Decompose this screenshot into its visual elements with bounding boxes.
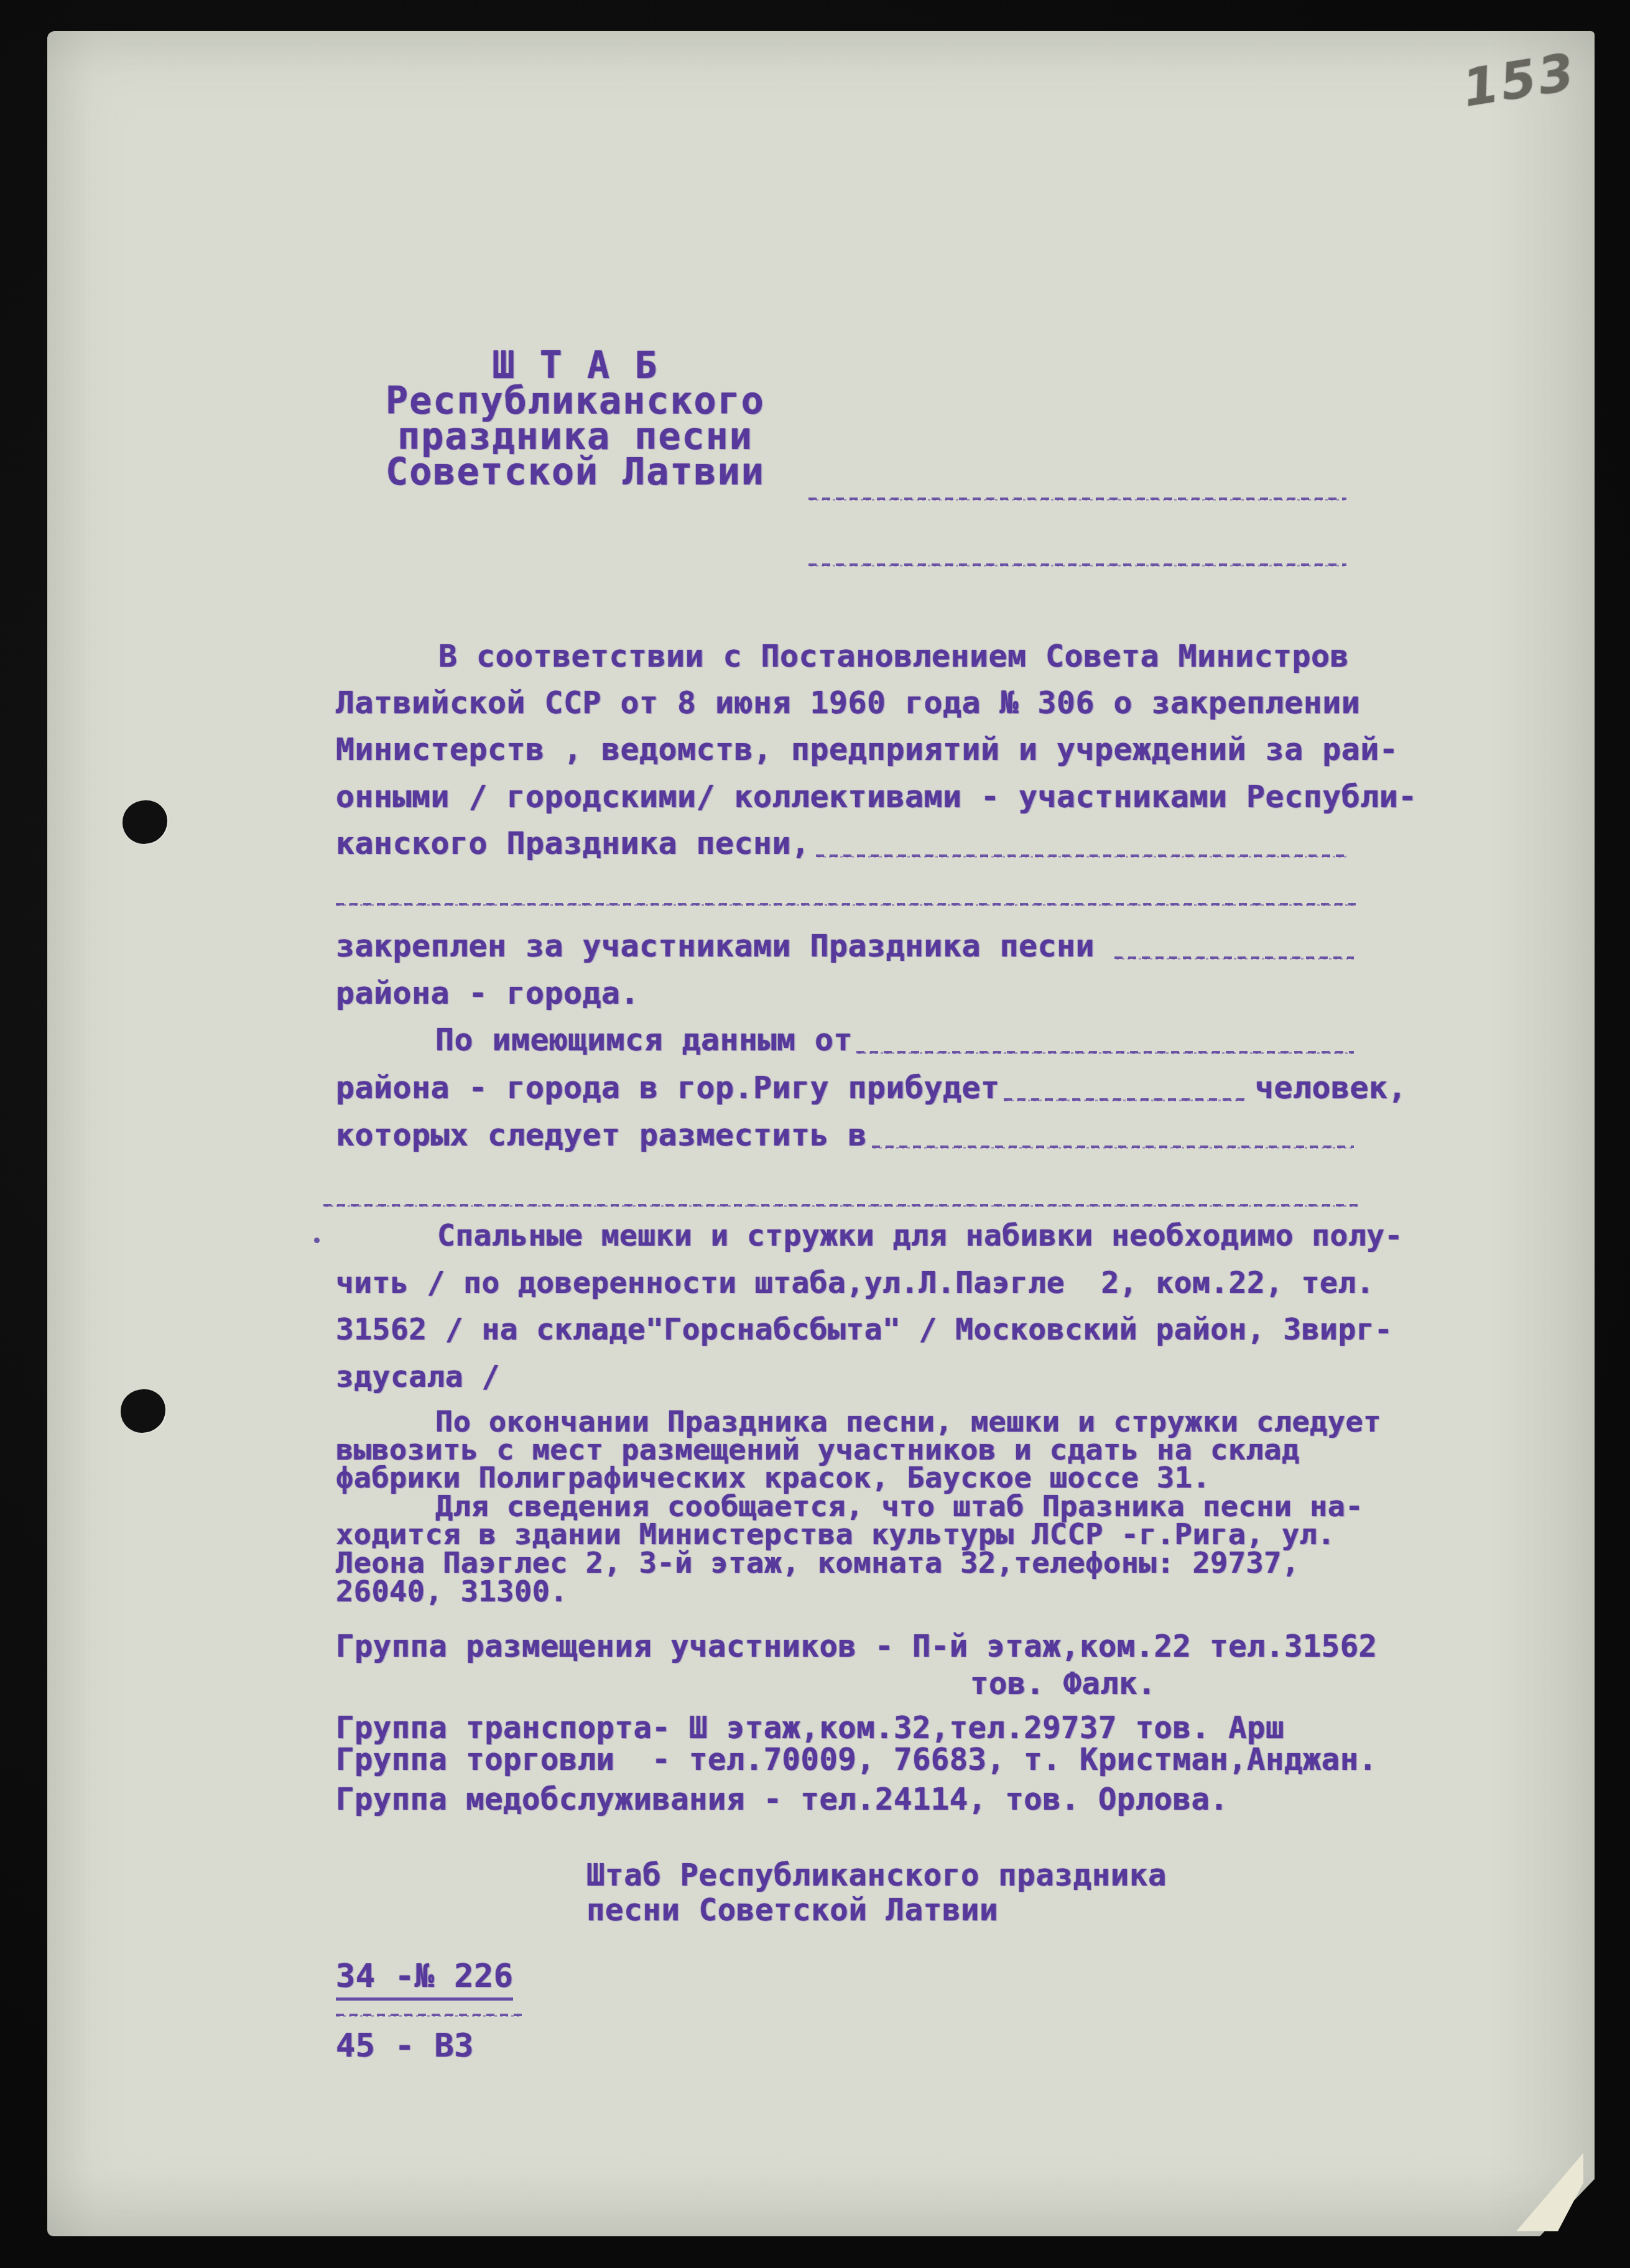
group-medical: Группа медобслуживания - тел.24114, тов.… [336, 1784, 1228, 1817]
para2-line4a: района - города в гор.Ригу прибудет [336, 1071, 1000, 1104]
blank-line-header-2 [808, 563, 1346, 567]
blank-line-district [816, 854, 1348, 858]
para3-line2: чить / по доверенности штаба,ул.Л.Паэгле… [336, 1267, 1374, 1300]
para2-line3: По имеющимся данным от [435, 1023, 853, 1057]
scanned-document-page: 153 Ш Т А Б Республиканского праздника п… [0, 0, 1630, 2268]
blank-line-place [872, 1146, 1354, 1149]
para2-line4b: человек, [1255, 1071, 1407, 1104]
group-accommodation: Группа размещения участников - П-й этаж,… [336, 1631, 1377, 1664]
reference-dashed-underline [336, 2014, 522, 2017]
blank-line-assigned [1114, 956, 1354, 960]
para3-line1: Спальные мешки и стружки для набивки нео… [437, 1220, 1403, 1252]
group-trade: Группа торговли - тел.70009, 76683, т. К… [336, 1744, 1377, 1777]
para4-line7: 26040, 31300. [336, 1576, 568, 1608]
blank-line-header-1 [808, 498, 1346, 501]
letterhead-line-1: Ш Т А Б [342, 348, 808, 384]
blank-line-data-from [856, 1051, 1354, 1055]
group-accommodation-contact: тов. Фалк. [970, 1668, 1156, 1701]
letterhead-line-3: праздника песни [342, 419, 808, 455]
para2-line2: района - города. [336, 976, 639, 1010]
blank-line-full-1 [336, 903, 1356, 907]
signature-line2: песни Советской Латвии [586, 1894, 998, 1927]
reference-number-2: 45 - ВЗ [336, 2029, 474, 2063]
para3-line4: здусала / [336, 1361, 500, 1394]
letterhead: Ш Т А Б Республиканского праздника песни… [342, 348, 808, 490]
blank-line-people-count [1004, 1098, 1246, 1102]
blank-line-full-2 [323, 1204, 1359, 1208]
letterhead-line-4: Советской Латвии [342, 455, 808, 490]
para1-line3: Министерств , ведомств, предприятий и уч… [336, 733, 1398, 766]
para1-line1: В соответствии с Постановлением Совета М… [438, 639, 1349, 673]
para1-line4: онными / городскими/ коллективами - учас… [336, 780, 1417, 813]
stray-ink-dot [314, 1238, 320, 1243]
para2-line1: закреплен за участниками Праздника песни [336, 929, 1095, 963]
para2-line5: которых следует разместить в [336, 1118, 867, 1152]
signature-line1: Штаб Республиканского праздника [586, 1859, 1167, 1892]
reference-number-1: 34 -№ 226 [336, 1959, 513, 2001]
para1-line2: Латвийской ССР от 8 июня 1960 года № 306… [336, 686, 1360, 720]
letterhead-line-2: Республиканского [342, 384, 808, 419]
para1-line5: канского Праздника песни, [336, 826, 810, 860]
group-transport: Группа транспорта- Ш этаж,ком.32,тел.297… [336, 1712, 1284, 1745]
para3-line3: 31562 / на складе"Горснабсбыта" / Москов… [336, 1314, 1392, 1346]
